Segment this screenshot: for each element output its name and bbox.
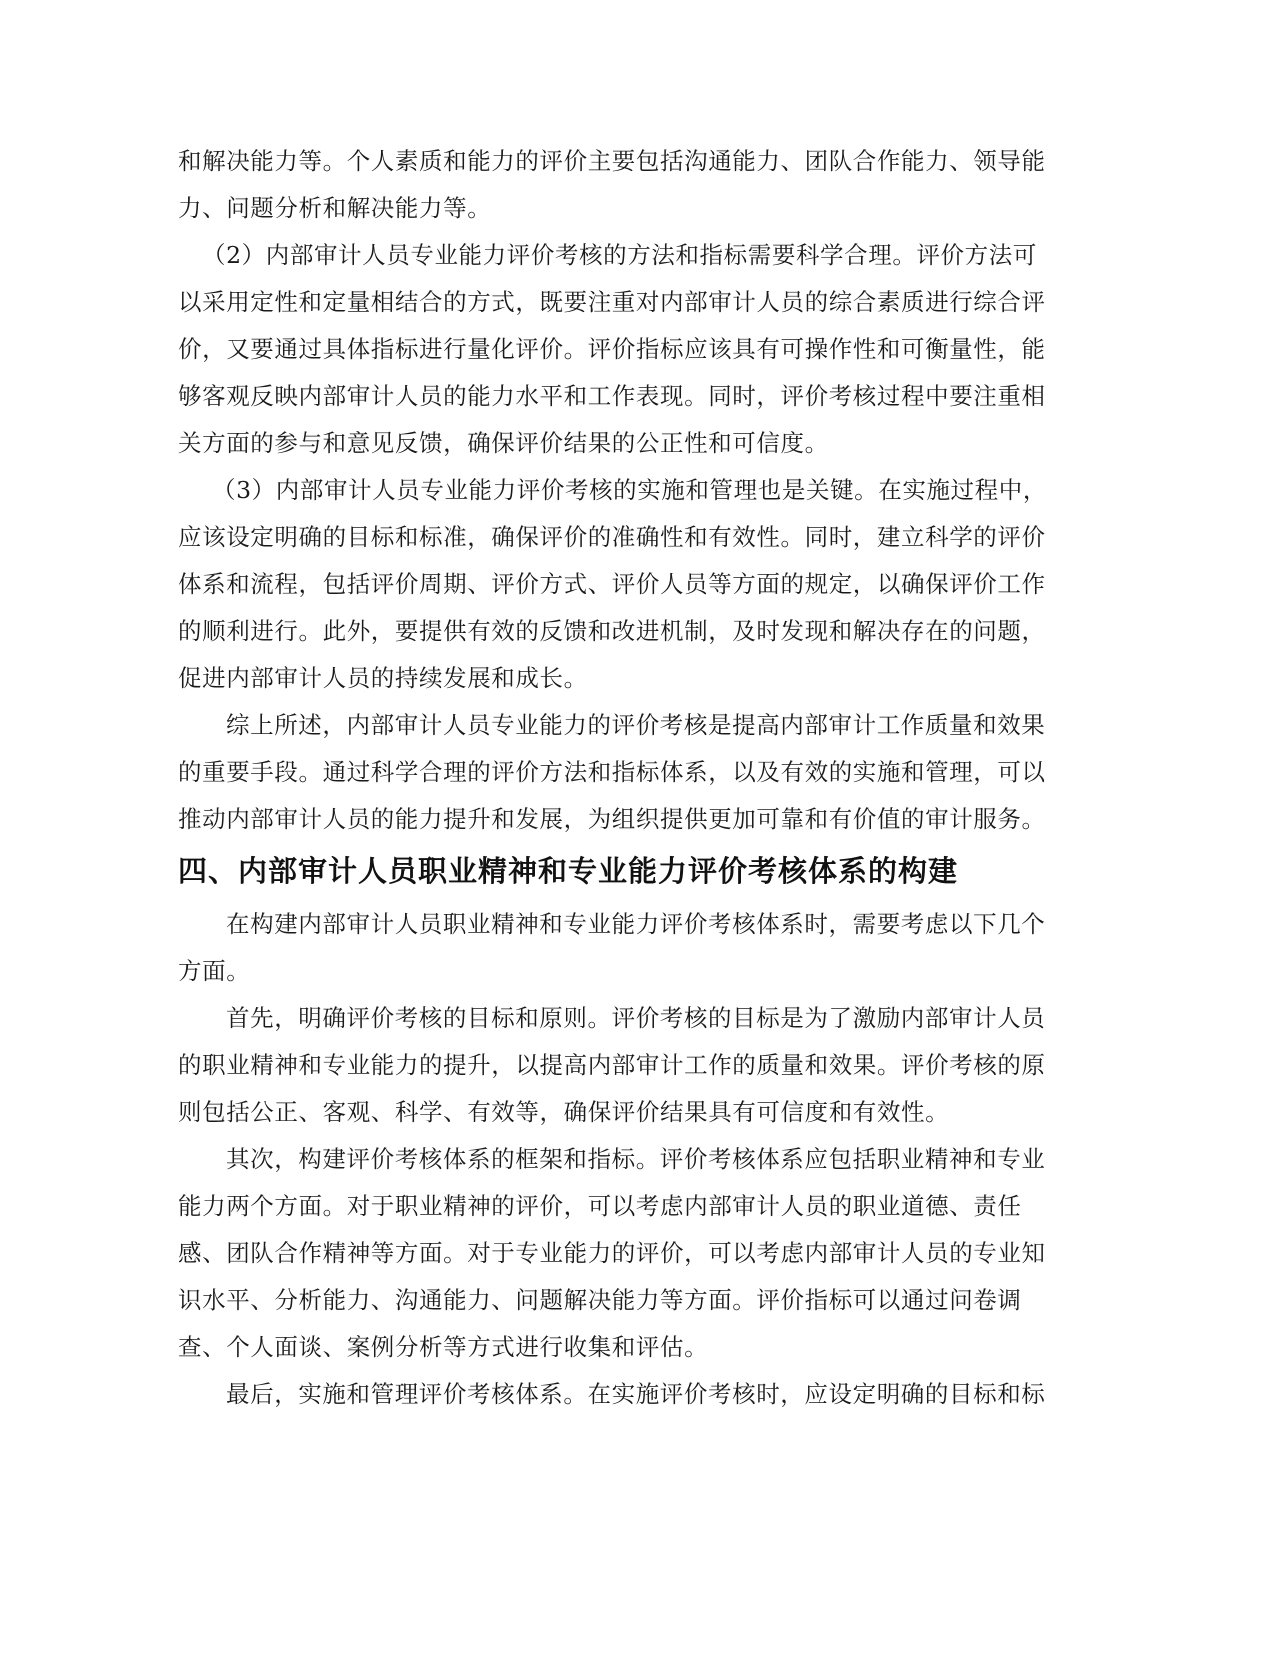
paragraph-item-2: （2）内部审计人员专业能力评价考核的方法和指标需要科学合理。评价方法可 以采用定… — [178, 232, 1036, 467]
text-line: 应该设定明确的目标和标准，确保评价的准确性和有效性。同时，建立科学的评价 — [178, 514, 1036, 561]
text-line: 以采用定性和定量相结合的方式，既要注重对内部审计人员的综合素质进行综合评 — [178, 279, 1036, 326]
text-line: 促进内部审计人员的持续发展和成长。 — [178, 655, 1036, 702]
section-heading: 四、内部审计人员职业精神和专业能力评价考核体系的构建 — [178, 843, 1036, 899]
paragraph-item-3: （3）内部审计人员专业能力评价考核的实施和管理也是关键。在实施过程中， 应该设定… — [178, 467, 1036, 702]
text-line: 力、问题分析和解决能力等。 — [178, 185, 1036, 232]
paragraph-summary: 综上所述，内部审计人员专业能力的评价考核是提高内部审计工作质量和效果 的重要手段… — [178, 702, 1036, 843]
paragraph-second: 其次，构建评价考核体系的框架和指标。评价考核体系应包括职业精神和专业 能力两个方… — [178, 1136, 1036, 1371]
text-line: 综上所述，内部审计人员专业能力的评价考核是提高内部审计工作质量和效果 — [178, 702, 1036, 749]
text-line: （3）内部审计人员专业能力评价考核的实施和管理也是关键。在实施过程中， — [178, 467, 1036, 514]
text-line: 的顺利进行。此外，要提供有效的反馈和改进机制，及时发现和解决存在的问题， — [178, 608, 1036, 655]
text-line: 够客观反映内部审计人员的能力水平和工作表现。同时，评价考核过程中要注重相 — [178, 373, 1036, 420]
text-line: 感、团队合作精神等方面。对于专业能力的评价，可以考虑内部审计人员的专业知 — [178, 1230, 1036, 1277]
text-line: 首先，明确评价考核的目标和原则。评价考核的目标是为了激励内部审计人员 — [178, 995, 1036, 1042]
text-line: （2）内部审计人员专业能力评价考核的方法和指标需要科学合理。评价方法可 — [178, 232, 1036, 279]
text-line: 方面。 — [178, 948, 1036, 995]
text-line: 能力两个方面。对于职业精神的评价，可以考虑内部审计人员的职业道德、责任 — [178, 1183, 1036, 1230]
paragraph-first: 首先，明确评价考核的目标和原则。评价考核的目标是为了激励内部审计人员 的职业精神… — [178, 995, 1036, 1136]
text-line: 和解决能力等。个人素质和能力的评价主要包括沟通能力、团队合作能力、领导能 — [178, 138, 1036, 185]
text-line: 其次，构建评价考核体系的框架和指标。评价考核体系应包括职业精神和专业 — [178, 1136, 1036, 1183]
text-line: 识水平、分析能力、沟通能力、问题解决能力等方面。评价指标可以通过问卷调 — [178, 1277, 1036, 1324]
paragraph-last: 最后，实施和管理评价考核体系。在实施评价考核时，应设定明确的目标和标 — [178, 1371, 1036, 1418]
text-line: 价，又要通过具体指标进行量化评价。评价指标应该具有可操作性和可衡量性，能 — [178, 326, 1036, 373]
text-line: 的职业精神和专业能力的提升，以提高内部审计工作的质量和效果。评价考核的原 — [178, 1042, 1036, 1089]
text-line: 体系和流程，包括评价周期、评价方式、评价人员等方面的规定，以确保评价工作 — [178, 561, 1036, 608]
text-line: 在构建内部审计人员职业精神和专业能力评价考核体系时，需要考虑以下几个 — [178, 901, 1036, 948]
text-line: 最后，实施和管理评价考核体系。在实施评价考核时，应设定明确的目标和标 — [178, 1371, 1036, 1418]
text-line: 关方面的参与和意见反馈，确保评价结果的公正性和可信度。 — [178, 420, 1036, 467]
text-line: 推动内部审计人员的能力提升和发展，为组织提供更加可靠和有价值的审计服务。 — [178, 796, 1036, 843]
paragraph-continuation: 和解决能力等。个人素质和能力的评价主要包括沟通能力、团队合作能力、领导能 力、问… — [178, 138, 1036, 232]
text-line: 则包括公正、客观、科学、有效等，确保评价结果具有可信度和有效性。 — [178, 1089, 1036, 1136]
paragraph-intro: 在构建内部审计人员职业精神和专业能力评价考核体系时，需要考虑以下几个 方面。 — [178, 901, 1036, 995]
document-page: 和解决能力等。个人素质和能力的评价主要包括沟通能力、团队合作能力、领导能 力、问… — [178, 138, 1036, 1418]
text-line: 的重要手段。通过科学合理的评价方法和指标体系，以及有效的实施和管理，可以 — [178, 749, 1036, 796]
text-line: 查、个人面谈、案例分析等方式进行收集和评估。 — [178, 1324, 1036, 1371]
